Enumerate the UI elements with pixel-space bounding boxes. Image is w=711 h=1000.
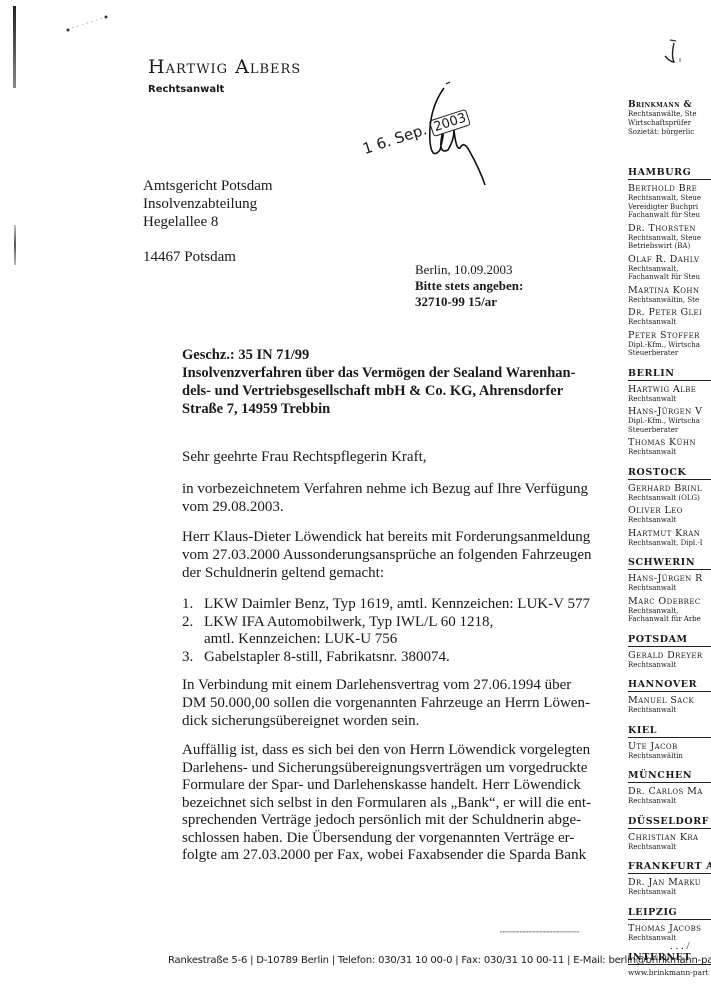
text-line: Formulare der Spar- und Darlehenskasse h… <box>182 777 612 795</box>
partner-title: Rechtsanwalt, <box>628 265 711 274</box>
footer-contact: Rankestraße 5-6 | D-10789 Berlin | Telef… <box>168 955 711 966</box>
partner-name: Manuel Sack <box>628 695 711 706</box>
partner-name: Christian Kra <box>628 832 711 843</box>
partner-name: Dr. Jan Marku <box>628 877 711 888</box>
recipient-line: Amtsgericht Potsdam <box>143 177 273 195</box>
firm-line: Wirtschaftsprüfer <box>628 119 711 128</box>
office-city-heading: Potsdam <box>628 634 711 647</box>
list-number: 2. <box>182 614 204 649</box>
text-line: der Schuldnerin geltend gemacht: <box>182 564 612 582</box>
partner-title: Rechtsanwältin, Ste <box>628 296 711 305</box>
partner-name: Hartwig Albe <box>628 384 711 395</box>
partner-title: Fachanwalt für Arbe <box>628 615 711 624</box>
office-city-heading: München <box>628 770 711 783</box>
text-line: Auffällig ist, dass es sich bei den von … <box>182 742 612 760</box>
list-item: 3. Gabelstapler 8-still, Fabrikatsnr. 38… <box>182 649 612 667</box>
partner-title: Rechtsanwalt <box>628 706 711 715</box>
list-item: 2. LKW IFA Automobilwerk, Typ IWL/L 60 1… <box>182 614 612 649</box>
stamp-date: 1 6. Sep. <box>360 120 429 158</box>
firm-line: Rechtsanwälte, Ste <box>628 110 711 119</box>
partner-title: Dipl.-Kfm., Wirtscha <box>628 341 711 350</box>
text-line: vom 29.08.2003. <box>182 498 612 516</box>
subject-line: Straße 7, 14959 Trebbin <box>182 400 602 418</box>
partner-title: Rechtsanwalt <box>628 584 711 593</box>
office-city-heading: Hannover <box>628 679 711 692</box>
partner-title: Rechtsanwalt <box>628 448 711 457</box>
vehicle-list: 1. LKW Daimler Benz, Typ 1619, amtl. Ken… <box>182 596 612 666</box>
partner-title: Fachanwalt für Steu <box>628 211 711 220</box>
partner-title: Rechtsanwalt <box>628 395 711 404</box>
continuation-mark: . . . / <box>670 940 690 952</box>
partner-name: Martina Kohn <box>628 285 711 296</box>
partner-name: Hartmut Kran <box>628 528 711 539</box>
text-line: schlossen haben. Die Übersendung der vor… <box>182 830 612 848</box>
list-text: LKW Daimler Benz, Typ 1619, amtl. Kennze… <box>204 596 590 614</box>
list-text: amtl. Kennzeichen: LUK-U 756 <box>204 631 493 649</box>
subject-block: Geschz.: 35 IN 71/99 Insolvenzverfahren … <box>182 346 602 418</box>
text-line: DM 50.000,00 sollen die vorgenannten Fah… <box>182 694 612 712</box>
text-line: folgte am 27.03.2000 per Fax, wobei Faxa… <box>182 847 612 865</box>
reference-label: Bitte stets angeben: <box>415 278 523 294</box>
partner-name: Dr. Peter Glei <box>628 307 711 318</box>
subject-line: dels- und Vertriebsgesellschaft mbH & Co… <box>182 382 602 400</box>
partner-name: Marc Odebrec <box>628 596 711 607</box>
date-block: Berlin, 10.09.2003 Bitte stets angeben: … <box>415 262 523 310</box>
place-date: Berlin, 10.09.2003 <box>415 262 523 278</box>
partner-title: Rechtsanwalt <box>628 888 711 897</box>
handwritten-mark-icon <box>662 38 686 68</box>
partner-title: Rechtsanwalt, Steue <box>628 194 711 203</box>
case-number: Geschz.: 35 IN 71/99 <box>182 346 602 364</box>
partner-title: Fachanwalt für Steu <box>628 273 711 282</box>
partner-name: Thomas Kühn <box>628 437 711 448</box>
text-line: dick sicherungsübereignet worden sein. <box>182 712 612 730</box>
partner-name: Hans-Jürgen R <box>628 573 711 584</box>
office-city-heading: Düsseldorf <box>628 816 711 829</box>
partner-title: Rechtsanwalt <box>628 661 711 670</box>
partner-name: Gerald Dreyer <box>628 650 711 661</box>
firm-name: Brinkmann & <box>628 100 711 110</box>
partner-title: Rechtsanwalt <box>628 797 711 806</box>
firm-line: Sozietät: bürgerlic <box>628 128 711 137</box>
partner-name: Thomas Jacobs <box>628 923 711 934</box>
partner-name: Gerhard Brinl <box>628 483 711 494</box>
office-city-heading: Berlin <box>628 368 711 381</box>
paragraph-2: Herr Klaus-Dieter Löwendick hat bereits … <box>182 528 612 582</box>
partner-title: Rechtsanwalt <box>628 318 711 327</box>
office-city-heading: Leipzig <box>628 907 711 920</box>
firm-sidebar: Brinkmann & Rechtsanwälte, Ste Wirtschaf… <box>628 100 711 977</box>
text-line: sprechenden Verträge jedoch persönlich m… <box>182 812 612 830</box>
salutation: Sehr geehrte Frau Rechtspflegerin Kraft, <box>182 448 612 466</box>
scan-artifact-line <box>14 225 16 265</box>
office-city-heading: Frankfurt a. <box>628 861 711 874</box>
partner-name: Dr. Thorsten <box>628 223 711 234</box>
recipient-line: Hegelallee 8 <box>143 213 273 231</box>
partner-title: Steuerberater <box>628 426 711 435</box>
letterhead-name: Hartwig Albers <box>148 56 301 78</box>
text-line: bezeichnet sich selbst in den Formularen… <box>182 795 612 813</box>
partner-name: Peter Stoffer <box>628 330 711 341</box>
office-city-heading: Kiel <box>628 725 711 738</box>
partner-name: Oliver Leo <box>628 505 711 516</box>
text-line: vom 27.03.2000 Aussonderungsansprüche an… <box>182 546 612 564</box>
website-link[interactable]: www.brinkmann-part <box>628 968 711 977</box>
letterhead-role: Rechtsanwalt <box>148 84 224 95</box>
list-number: 1. <box>182 596 204 614</box>
partner-title: Rechtsanwältin <box>628 752 711 761</box>
partner-title: Vereidigter Buchpri <box>628 203 711 212</box>
text-line: In Verbindung mit einem Darlehensvertrag… <box>182 676 612 694</box>
office-city-heading: Rostock <box>628 467 711 480</box>
partner-name: Olaf R. Dahlv <box>628 254 711 265</box>
paragraph-3: In Verbindung mit einem Darlehensvertrag… <box>182 676 612 730</box>
text-line: in vorbezeichnetem Verfahren nehme ich B… <box>182 480 612 498</box>
office-city-heading: Hamburg <box>628 167 711 180</box>
partner-title: Rechtsanwalt <box>628 516 711 525</box>
partner-title: Rechtsanwalt <box>628 843 711 852</box>
partner-title: Rechtsanwalt, <box>628 607 711 616</box>
partner-title: Dipl.-Kfm., Wirtscha <box>628 417 711 426</box>
partner-name: Hans-Jürgen V <box>628 406 711 417</box>
list-number: 3. <box>182 649 204 667</box>
partner-name: Berthold Bre <box>628 183 711 194</box>
scan-artifact-mark <box>66 14 116 34</box>
reference-number: 32710-99 15/ar <box>415 294 523 310</box>
text-line: Darlehens- und Sicherungsübereignungsver… <box>182 760 612 778</box>
partner-title: Steuerberater <box>628 349 711 358</box>
recipient-line: Insolvenzabteilung <box>143 195 273 213</box>
partner-title: Betriebswirt (BA) <box>628 242 711 251</box>
scan-artifact-line <box>13 6 16 88</box>
paragraph-1: in vorbezeichnetem Verfahren nehme ich B… <box>182 480 612 516</box>
fine-print: ▪▪▪▪▪▪▪▪▪▪▪▪▪▪▪▪▪▪▪▪▪▪▪▪▪▪▪▪▪▪▪▪▪▪▪▪▪▪▪▪… <box>500 929 579 934</box>
partner-title: Rechtsanwalt, Steue <box>628 234 711 243</box>
list-text: LKW IFA Automobilwerk, Typ IWL/L 60 1218… <box>204 614 493 632</box>
partner-title: Rechtsanwalt (OLG) <box>628 494 711 503</box>
list-item: 1. LKW Daimler Benz, Typ 1619, amtl. Ken… <box>182 596 612 614</box>
office-city-heading: Schwerin <box>628 557 711 570</box>
partner-name: Dr. Carlos Ma <box>628 786 711 797</box>
paragraph-4: Auffällig ist, dass es sich bei den von … <box>182 742 612 865</box>
list-text: Gabelstapler 8-still, Fabrikatsnr. 38007… <box>204 649 450 667</box>
office-list: HamburgBerthold BreRechtsanwalt, SteueVe… <box>628 167 711 942</box>
partner-title: Rechtsanwalt, Dipl.-I <box>628 539 711 548</box>
subject-line: Insolvenzverfahren über das Vermögen der… <box>182 364 602 382</box>
recipient-city: 14467 Potsdam <box>143 248 273 266</box>
partner-name: Ute Jacob <box>628 741 711 752</box>
recipient-address: Amtsgericht Potsdam Insolvenzabteilung H… <box>143 177 273 266</box>
text-line: Herr Klaus-Dieter Löwendick hat bereits … <box>182 528 612 546</box>
